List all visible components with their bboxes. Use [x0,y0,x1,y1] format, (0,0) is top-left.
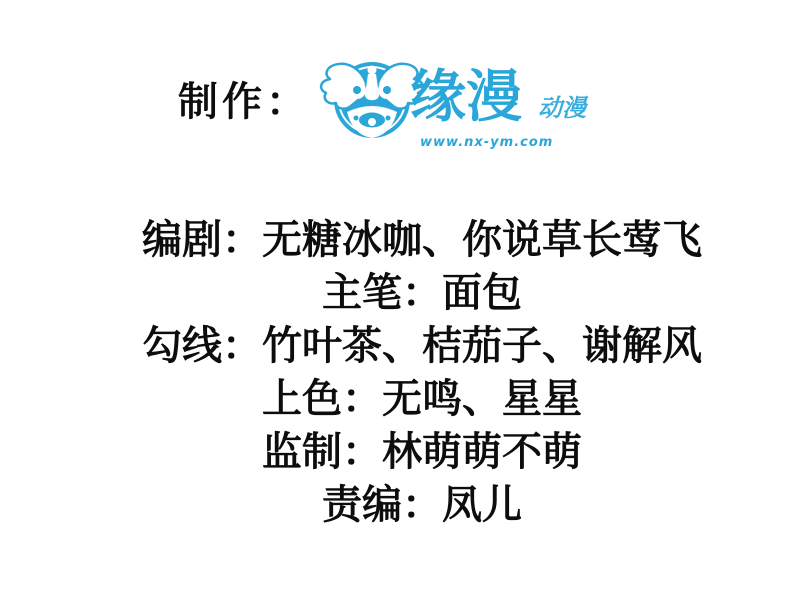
credit-line-editor: 责编：凤儿 [22,479,800,532]
credits-page: 制作： 缘漫 动漫 www.nx-ym.com 编剧：无糖冰咖、你说草长莺飞 主… [0,0,800,600]
credit-line-screenwriter: 编剧：无糖冰咖、你说草长莺飞 [22,214,800,267]
logo-url: www.nx-ym.com [420,136,553,149]
logo-brand-sub: 动漫 [538,96,586,120]
credit-line-coloring: 上色：无鸣、星星 [22,373,800,426]
logo-brand-main: 缘漫 [410,70,522,126]
credit-line-supervisor: 监制：林萌萌不萌 [22,426,800,479]
credits-block: 编剧：无糖冰咖、你说草长莺飞 主笔：面包 勾线：竹叶茶、桔茄子、谢解风 上色：无… [22,214,800,532]
credit-line-lineart: 勾线：竹叶茶、桔茄子、谢解风 [22,320,800,373]
credit-line-lead-artist: 主笔：面包 [22,267,800,320]
produced-by-label: 制作： [178,81,310,123]
